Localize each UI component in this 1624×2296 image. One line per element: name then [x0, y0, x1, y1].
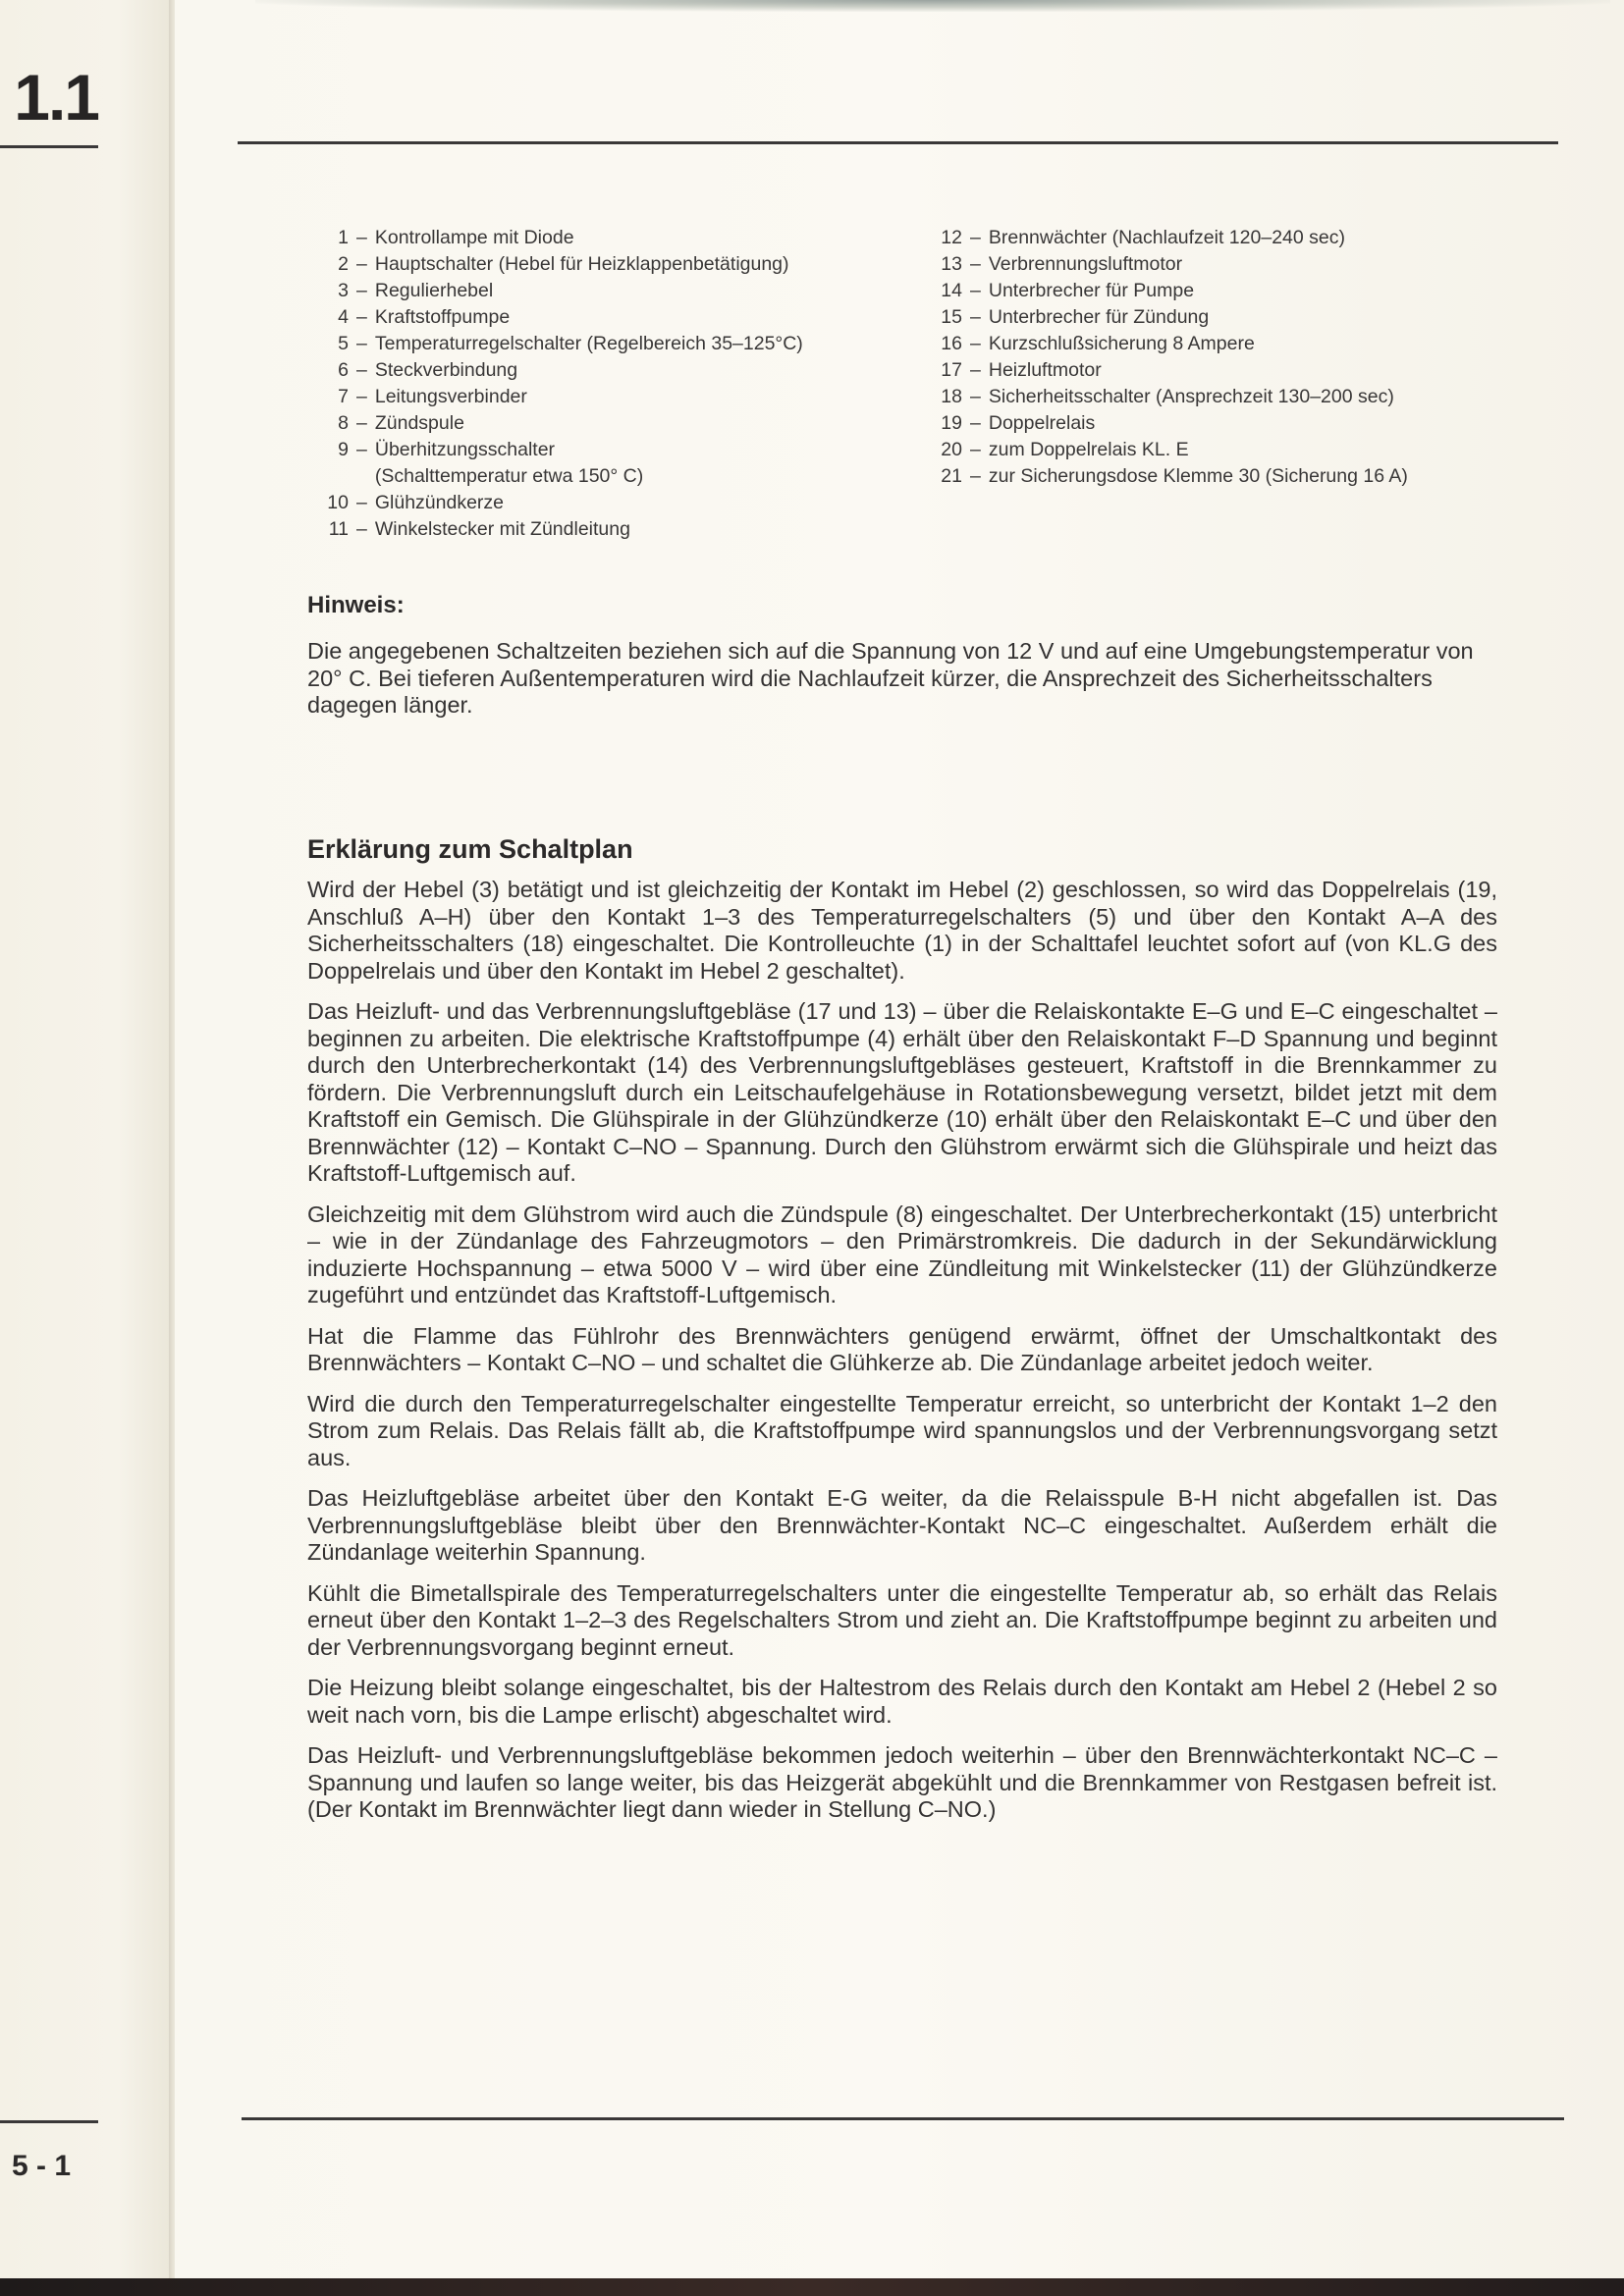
legend-item: 3–Regulierhebel: [299, 278, 803, 304]
legend-text: Kraftstoffpumpe: [375, 304, 510, 331]
legend-item: 19–Doppelrelais: [933, 410, 1408, 437]
legend-item: 4–Kraftstoffpumpe: [299, 304, 803, 331]
legend-dash: –: [349, 304, 375, 331]
section-title: Erklärung zum Schaltplan: [307, 834, 633, 865]
legend-number: 1: [299, 225, 349, 251]
legend-item: 13–Verbrennungsluftmotor: [933, 251, 1408, 278]
legend-column-2: 12–Brennwächter (Nachlaufzeit 120–240 se…: [933, 225, 1408, 490]
legend-dash: –: [349, 384, 375, 410]
legend-text: Überhitzungsschalter(Schalttemperatur et…: [375, 437, 643, 490]
legend-dash: –: [962, 331, 989, 357]
legend-number: 20: [933, 437, 962, 463]
legend-dash: –: [962, 225, 989, 251]
legend-number: 17: [933, 357, 962, 384]
legend-dash: –: [349, 278, 375, 304]
legend-text: Kontrollampe mit Diode: [375, 225, 574, 251]
note-text: Die angegebenen Schaltzeiten beziehen si…: [307, 638, 1497, 720]
legend-item: 1–Kontrollampe mit Diode: [299, 225, 803, 251]
legend-text: Unterbrecher für Zündung: [989, 304, 1209, 331]
paragraph: Kühlt die Bimetallspirale des Temperatur…: [307, 1580, 1497, 1662]
legend-text: Steckverbindung: [375, 357, 517, 384]
legend-number: 10: [299, 490, 349, 516]
legend-number: 6: [299, 357, 349, 384]
legend-item: 12–Brennwächter (Nachlaufzeit 120–240 se…: [933, 225, 1408, 251]
legend-number: 21: [933, 463, 962, 490]
legend-dash: –: [962, 437, 989, 463]
legend-item: 5–Temperaturregelschalter (Regelbereich …: [299, 331, 803, 357]
note-title: Hinweis:: [307, 592, 405, 619]
legend-number: 16: [933, 331, 962, 357]
scan-bottom-edge: [0, 2278, 1624, 2296]
paragraph: Wird der Hebel (3) betätigt und ist glei…: [307, 877, 1497, 985]
legend-dash: –: [962, 357, 989, 384]
legend-text: Zündspule: [375, 410, 464, 437]
legend-text: Heizluftmotor: [989, 357, 1102, 384]
legend-item: 2–Hauptschalter (Hebel für Heizklappenbe…: [299, 251, 803, 278]
legend-item: 8–Zündspule: [299, 410, 803, 437]
legend-text: zum Doppelrelais KL. E: [989, 437, 1189, 463]
legend-dash: –: [349, 490, 375, 516]
legend-item: 11–Winkelstecker mit Zündleitung: [299, 516, 803, 543]
paragraph: Die Heizung bleibt solange eingeschaltet…: [307, 1675, 1497, 1729]
legend-number: 5: [299, 331, 349, 357]
paragraph: Das Heizluft- und Verbrennungsluftgebläs…: [307, 1742, 1497, 1824]
legend-item: 20–zum Doppelrelais KL. E: [933, 437, 1408, 463]
legend-item: 16–Kurzschlußsicherung 8 Ampere: [933, 331, 1408, 357]
previous-page-edge: [0, 0, 169, 2278]
legend-dash: –: [962, 463, 989, 490]
legend-text: Verbrennungsluftmotor: [989, 251, 1182, 278]
left-header-rule: [0, 145, 98, 148]
legend-dash: –: [962, 251, 989, 278]
legend-item: 7–Leitungsverbinder: [299, 384, 803, 410]
legend-column-1: 1–Kontrollampe mit Diode 2–Hauptschalter…: [299, 225, 803, 543]
legend-number: 14: [933, 278, 962, 304]
paragraph: Das Heizluftgebläse arbeitet über den Ko…: [307, 1485, 1497, 1567]
legend-number: 11: [299, 516, 349, 543]
legend-number: 4: [299, 304, 349, 331]
paragraph: Hat die Flamme das Fühlrohr des Brennwäc…: [307, 1323, 1497, 1377]
legend-dash: –: [962, 304, 989, 331]
legend-item: 9–Überhitzungsschalter(Schalttemperatur …: [299, 437, 803, 490]
legend-text: Unterbrecher für Pumpe: [989, 278, 1194, 304]
legend-number: 9: [299, 437, 349, 490]
legend-dash: –: [962, 278, 989, 304]
legend-number: 7: [299, 384, 349, 410]
legend-text: Leitungsverbinder: [375, 384, 527, 410]
legend-text-main: Überhitzungsschalter: [375, 437, 643, 463]
legend-text: Doppelrelais: [989, 410, 1095, 437]
page-number: 5 - 1: [12, 2150, 71, 2183]
legend-text: Temperaturregelschalter (Regelbereich 35…: [375, 331, 803, 357]
legend-dash: –: [349, 437, 375, 490]
legend-number: 2: [299, 251, 349, 278]
legend-number: 13: [933, 251, 962, 278]
legend-dash: –: [349, 251, 375, 278]
scan-shadow: [255, 0, 1610, 12]
legend-item: 14–Unterbrecher für Pumpe: [933, 278, 1408, 304]
legend-dash: –: [349, 357, 375, 384]
legend-number: 8: [299, 410, 349, 437]
legend-item: 17–Heizluftmotor: [933, 357, 1408, 384]
legend-text: Sicherheitsschalter (Ansprechzeit 130–20…: [989, 384, 1394, 410]
legend-number: 19: [933, 410, 962, 437]
legend-dash: –: [349, 516, 375, 543]
legend-dash: –: [962, 410, 989, 437]
legend-dash: –: [962, 384, 989, 410]
legend-text: Winkelstecker mit Zündleitung: [375, 516, 630, 543]
paragraph: Gleichzeitig mit dem Glühstrom wird auch…: [307, 1201, 1497, 1309]
legend-text: Hauptschalter (Hebel für Heizklappenbetä…: [375, 251, 789, 278]
legend-item: 21–zur Sicherungsdose Klemme 30 (Sicheru…: [933, 463, 1408, 490]
legend-text-sub: (Schalttemperatur etwa 150° C): [375, 463, 643, 490]
section-number: 1.1: [0, 65, 108, 130]
left-footer-rule: [0, 2120, 98, 2123]
legend-text: zur Sicherungsdose Klemme 30 (Sicherung …: [989, 463, 1408, 490]
legend-text: Brennwächter (Nachlaufzeit 120–240 sec): [989, 225, 1345, 251]
legend-number: 12: [933, 225, 962, 251]
footer-rule: [242, 2117, 1564, 2120]
legend-item: 6–Steckverbindung: [299, 357, 803, 384]
legend-item: 18–Sicherheitsschalter (Ansprechzeit 130…: [933, 384, 1408, 410]
legend-item: 10–Glühzündkerze: [299, 490, 803, 516]
legend-text: Regulierhebel: [375, 278, 493, 304]
legend-dash: –: [349, 410, 375, 437]
header-rule: [238, 141, 1558, 144]
legend-dash: –: [349, 225, 375, 251]
legend-text: Kurzschlußsicherung 8 Ampere: [989, 331, 1255, 357]
explanation-body: Wird der Hebel (3) betätigt und ist glei…: [307, 877, 1497, 1838]
paragraph: Das Heizluft- und das Verbrennungsluftge…: [307, 998, 1497, 1188]
legend-number: 18: [933, 384, 962, 410]
legend-dash: –: [349, 331, 375, 357]
paragraph: Wird die durch den Temperaturregelschalt…: [307, 1391, 1497, 1472]
legend-number: 15: [933, 304, 962, 331]
legend-number: 3: [299, 278, 349, 304]
legend-item: 15–Unterbrecher für Zündung: [933, 304, 1408, 331]
legend-text: Glühzündkerze: [375, 490, 504, 516]
